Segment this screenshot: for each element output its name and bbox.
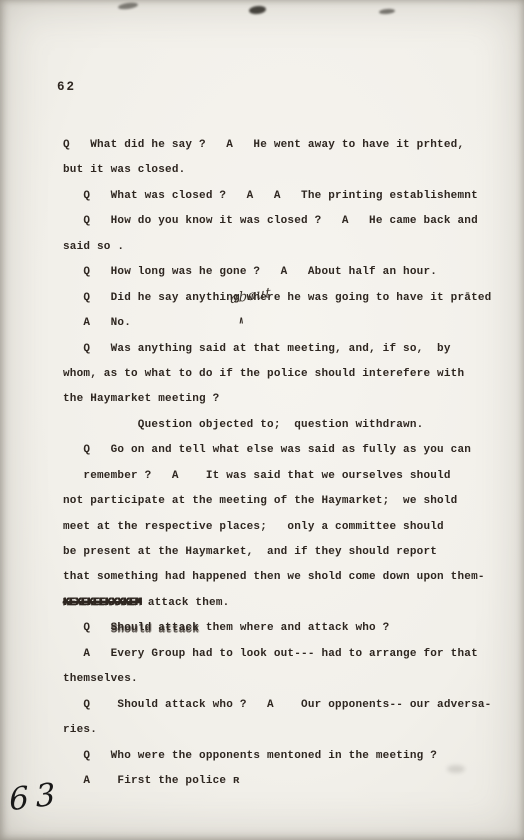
handwritten-page-number: 63 xyxy=(8,776,63,819)
transcript-line: KEXEKEEKXXKEM attack them. xyxy=(63,591,503,616)
transcript-line: Q Go on and tell what else was said as f… xyxy=(63,438,503,463)
transcript-line: Q What was closed ? A A The printing est… xyxy=(63,184,503,209)
transcript-text: Q What did he say ? A He went away to ha… xyxy=(63,133,503,794)
transcript-line: meet at the respective places; only a co… xyxy=(63,515,503,540)
transcript-line: A Every Group had to look out--- had to … xyxy=(63,642,503,667)
transcript-line: A No. xyxy=(63,311,503,336)
transcript-line: be present at the Haymarket, and if they… xyxy=(63,540,503,565)
scan-smudge xyxy=(118,2,139,11)
transcript-line: A First the police ʀ xyxy=(63,769,503,794)
transcript-line: the Haymarket meeting ? xyxy=(63,387,503,412)
transcript-line: Q Should attack them where and attack wh… xyxy=(63,616,503,641)
handwritten-word: about xyxy=(230,280,271,312)
transcript-line: Q Was anything said at that meeting, and… xyxy=(63,337,503,362)
transcript-line: Q Should attack who ? A Our opponents-- … xyxy=(63,693,503,718)
typed-page-number: 62 xyxy=(57,80,76,94)
transcript-line: Q Did he say anything∧about where he was… xyxy=(63,286,503,311)
transcript-line: Question objected to; question withdrawn… xyxy=(63,413,503,438)
transcript-line: ries. xyxy=(63,718,503,743)
transcript-line: but it was closed. xyxy=(63,158,503,183)
overtyped-text: Should attack xyxy=(111,622,199,634)
transcript-line: Q Who were the opponents mentoned in the… xyxy=(63,744,503,769)
transcript-line: themselves. xyxy=(63,667,503,692)
transcript-line: whom, as to what to do if the police sho… xyxy=(63,362,503,387)
scanned-page: 62 Q What did he say ? A He went away to… xyxy=(0,0,524,840)
scan-smudge xyxy=(249,5,267,15)
transcript-line: not participate at the meeting of the Ha… xyxy=(63,489,503,514)
transcript-line: Q What did he say ? A He went away to ha… xyxy=(63,133,503,158)
scan-smudge xyxy=(379,8,395,14)
transcript-line: said so . xyxy=(63,235,503,260)
transcript-line: Q How do you know it was closed ? A He c… xyxy=(63,209,503,234)
transcript-line: remember ? A It was said that we ourselv… xyxy=(63,464,503,489)
transcript-line: that something had happened then we shol… xyxy=(63,565,503,590)
transcript-line: Q How long was he gone ? A About half an… xyxy=(63,260,503,285)
overstruck-text: KEXEKEEKXXKEM xyxy=(63,597,141,609)
